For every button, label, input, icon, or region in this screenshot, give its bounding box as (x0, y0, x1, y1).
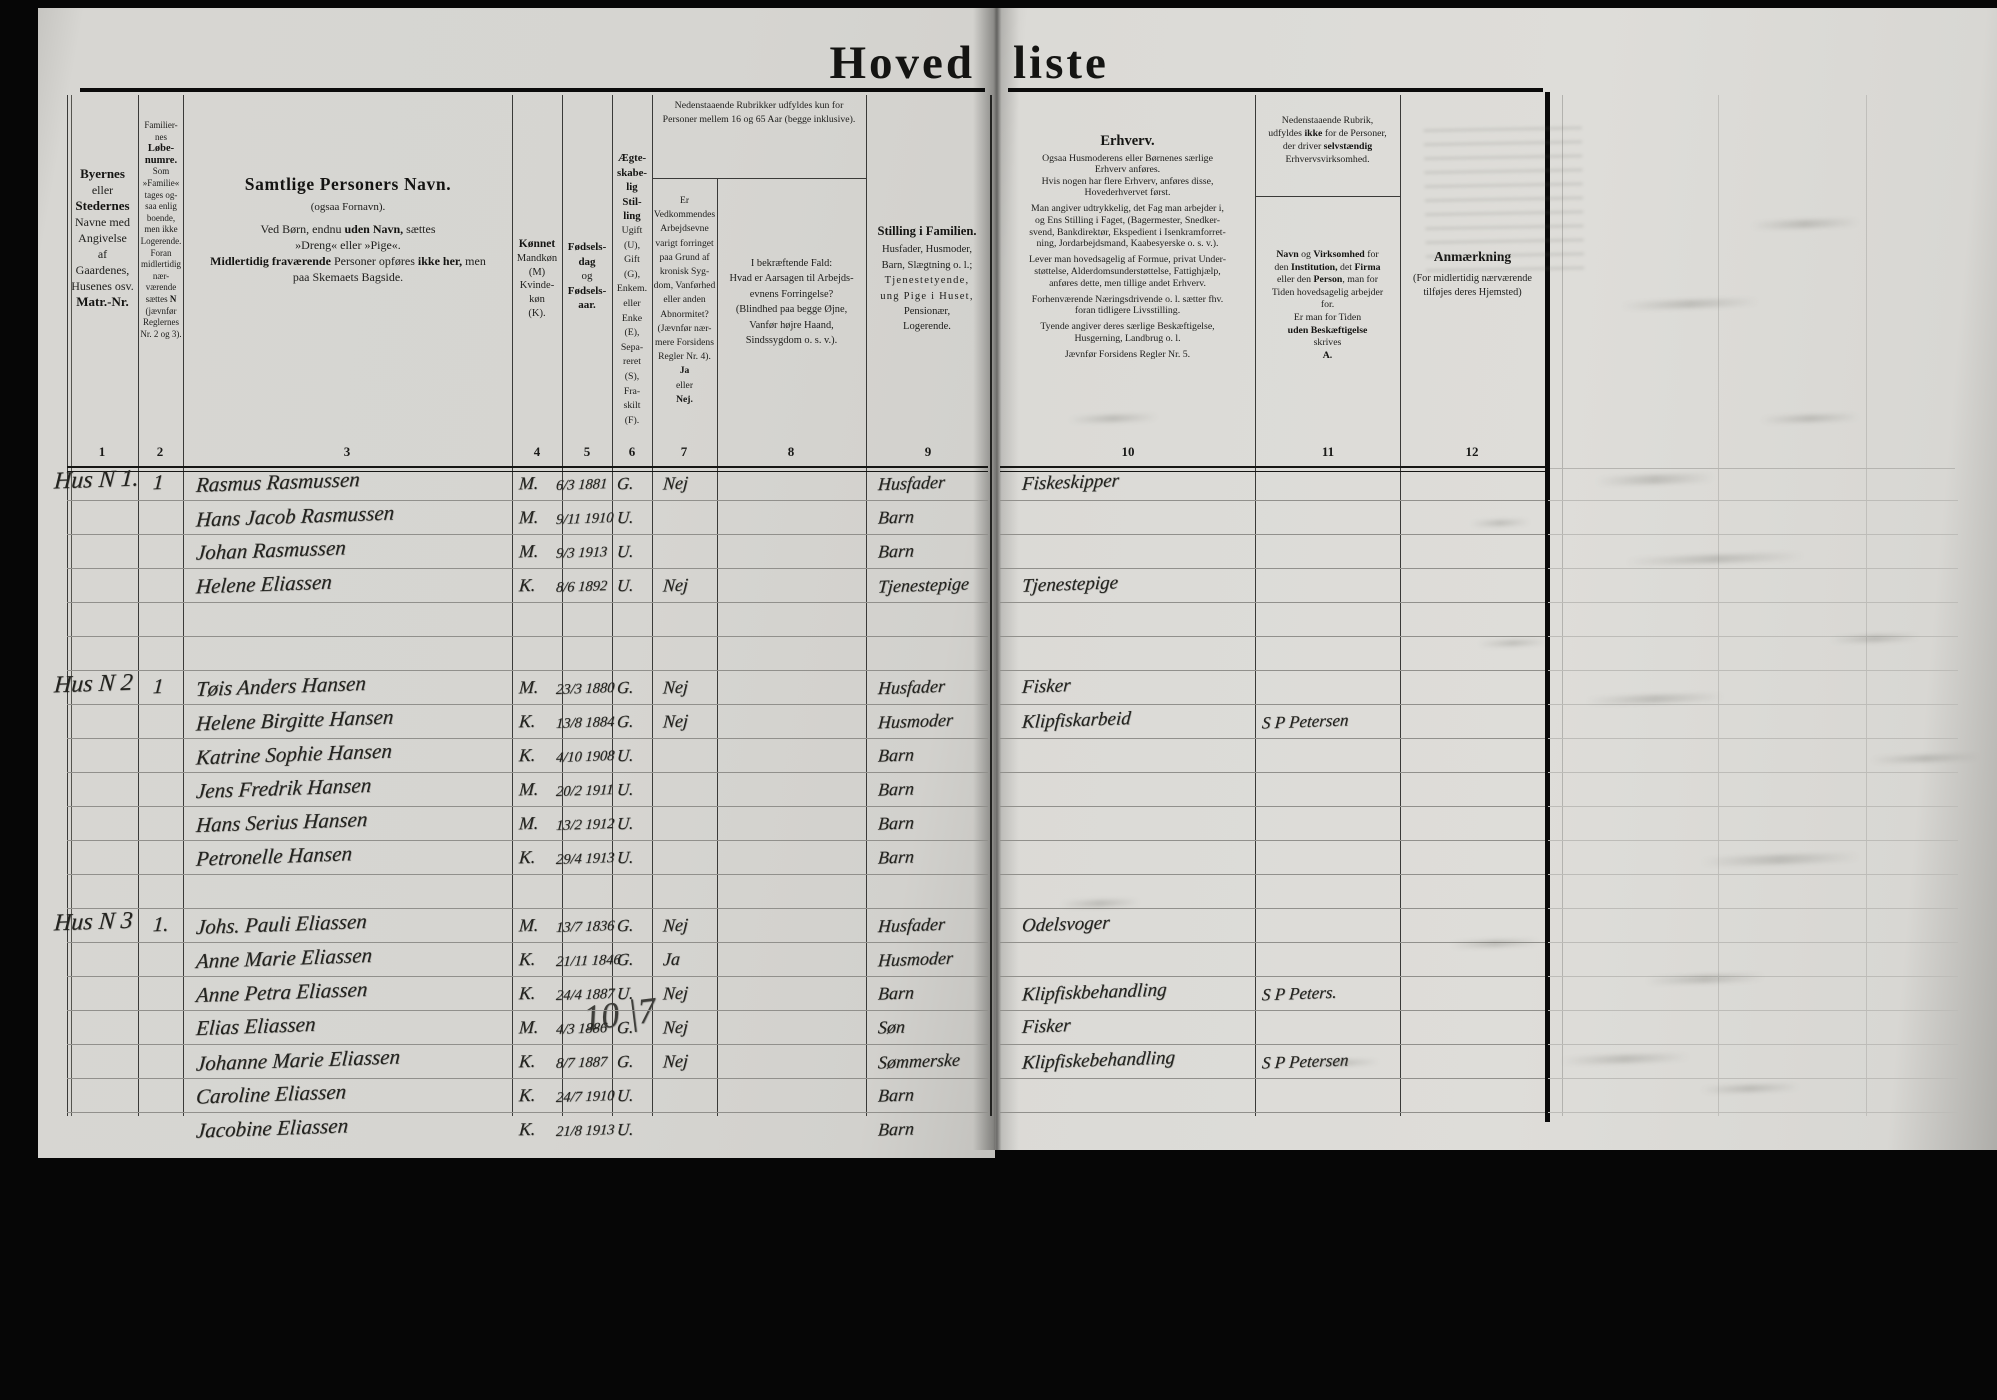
header-col7-work-ability: ErVedkommendesArbejdsevnevarigt forringe… (652, 194, 717, 407)
header-line: tilføjes deres Hjemsted) (1402, 286, 1543, 300)
header-line: Byernes (67, 166, 138, 182)
header-line: Ugift (612, 224, 652, 239)
table-rule (1548, 1078, 1958, 1079)
table-rule (67, 636, 988, 637)
column-number: 2 (157, 444, 164, 460)
header-line: Abnormitet? (652, 308, 717, 322)
table-rule (67, 840, 988, 841)
handwritten-birth: 13/8 1884 (555, 713, 615, 732)
handwritten-family-role: Tjenestepige (877, 573, 969, 597)
table-rule (67, 874, 988, 875)
header-col9-family-position: Stilling i Familien.Husfader, Husmoder,B… (866, 224, 988, 335)
handwritten-birth: 21/8 1913 (555, 1121, 615, 1140)
handwritten-fit: Nej (662, 473, 688, 495)
header-line: Erhverv. (1002, 136, 1253, 148)
handwritten-family-role: Barn (877, 982, 914, 1004)
table-rule (1548, 636, 1958, 637)
header-line: Fra- (612, 385, 652, 400)
table-rule (1000, 806, 1545, 807)
header-line: Logerende. (866, 319, 988, 334)
header-col6-marital-status: Ægte-skabe-ligStil-lingUgift(U),Gift(G),… (612, 151, 652, 428)
handwritten-fit: Nej (662, 1051, 688, 1073)
table-rule (1562, 95, 1563, 1116)
header-line: eller (612, 297, 652, 312)
header-line: Regler Nr. 4). (652, 350, 717, 364)
header-line: Angivelse (67, 230, 138, 246)
header-line: Hovederhvervet først. (1002, 187, 1253, 199)
header-line: Løbe- (139, 143, 183, 155)
handwritten-employer: S P Peters. (1261, 983, 1337, 1006)
column-number: 10 (1122, 444, 1135, 460)
header-line: Ja (652, 364, 717, 378)
header-line: Erhverv anføres. (1002, 164, 1253, 176)
table-rule (1548, 874, 1958, 875)
handwritten-birth: 21/11 1846 (555, 951, 621, 970)
header-line: nær- (139, 271, 183, 283)
header-col12-remarks: Anmærkning(For midlertidig nærværendetil… (1402, 250, 1543, 300)
header-line: (M) (512, 266, 562, 280)
table-rule (67, 500, 988, 501)
handwritten-family-role: Husmoder (877, 948, 953, 972)
header-line: Er (652, 194, 717, 208)
handwritten-marital: U. (616, 576, 634, 597)
handwritten-birth: 6/3 1881 (555, 476, 607, 495)
table-rule (67, 704, 988, 705)
header-line: (ogsaa Fornavn). (185, 199, 511, 215)
header-line: »Familie« (139, 178, 183, 190)
table-rule (1000, 1044, 1545, 1045)
header-line: foran tidligere Livsstilling. (1002, 305, 1253, 317)
header-line: saa enlig (139, 201, 183, 213)
table-rule (1548, 500, 1958, 501)
header-line: Forhenværende Næringsdrivende o. l. sætt… (1002, 294, 1253, 306)
table-rule (1548, 942, 1958, 943)
table-rule (1548, 602, 1958, 603)
header-col3-person-names: Samtlige Personers Navn.(ogsaa Fornavn).… (185, 176, 511, 285)
header-line: (K). (512, 307, 562, 321)
header-line: og Ens Stilling i Faget, (Bagermester, S… (1002, 215, 1253, 227)
table-rule (67, 534, 988, 535)
header-line: Stilling i Familien. (866, 224, 988, 239)
header-line: Personer mellem 16 og 65 Aar (begge inkl… (652, 113, 866, 127)
handwritten-marital: U. (616, 746, 634, 767)
header-line: Stedernes (67, 198, 138, 214)
header-line: anføres dette, men tillige andet Erhverv… (1002, 278, 1253, 290)
header-line: Stil- (612, 195, 652, 210)
handwritten-name: Elias Eliassen (195, 1012, 316, 1041)
header-line: Nej. (652, 393, 717, 407)
header-line: Nedenstaaende Rubrikker udfyldes kun for (652, 99, 866, 113)
table-rule (67, 976, 988, 977)
table-rule (67, 670, 988, 671)
table-rule (67, 1078, 988, 1079)
table-rule (1548, 704, 1958, 705)
header-line: Som (139, 166, 183, 178)
header-line: Midlertidig fraværende Personer opføres … (185, 253, 511, 269)
table-rule (1000, 976, 1545, 977)
handwritten-occupation: Tjenestepige (1021, 572, 1119, 597)
header-line: svend, Bankdirektør, Ekspedient i Isenkr… (1002, 227, 1253, 239)
handwritten-birth: 20/2 1911 (555, 781, 613, 800)
table-rule (1548, 534, 1958, 535)
table-rule (67, 466, 988, 468)
table-rule (1548, 908, 1958, 909)
header-line: ling (612, 209, 652, 224)
table-rule (1548, 1112, 1958, 1113)
handwritten-sex: K. (518, 983, 536, 1005)
handwritten-family-role: Barn (877, 812, 914, 834)
column-number: 1 (99, 444, 106, 460)
handwritten-sex: M. (518, 779, 539, 801)
table-rule (1000, 534, 1545, 535)
header-line: Tiden hovedsagelig arbejder (1257, 287, 1398, 300)
handwritten-birth: 13/7 1836 (555, 917, 615, 936)
handwritten-birth: 23/3 1880 (555, 679, 615, 698)
handwritten-name: Helene Eliassen (195, 570, 333, 600)
handwritten-sex: K. (518, 1051, 536, 1073)
header-line: Reglernes (139, 317, 183, 329)
table-rule (67, 1010, 988, 1011)
table-rule (512, 95, 513, 1116)
handwritten-sex: K. (518, 847, 536, 869)
table-rule (1548, 738, 1958, 739)
handwritten-birth: 8/7 1887 (555, 1054, 607, 1073)
handwritten-house: Hus N 1. (53, 465, 140, 495)
header-line: skabe- (612, 166, 652, 181)
handwritten-marital: U. (616, 508, 634, 529)
table-rule (80, 88, 985, 92)
header-line: eller den Person, man for (1257, 274, 1398, 287)
header-line: Enke (612, 312, 652, 327)
table-rule (1548, 976, 1958, 977)
handwritten-house: Hus N 3 (53, 908, 134, 938)
header-line: Vanfør højre Haand, (717, 318, 866, 333)
header-line: Fødsels- (562, 284, 612, 299)
header-line: udfyldes ikke for de Personer, (1257, 127, 1398, 140)
handwritten-fit: Nej (662, 1017, 688, 1039)
handwritten-fit: Nej (662, 575, 688, 597)
column-number: 11 (1322, 444, 1334, 460)
header-col11-employer: Navn og Virksomhed forden Institution, d… (1257, 249, 1398, 362)
table-rule (138, 95, 139, 1116)
handwritten-occupation: Fisker (1021, 1015, 1071, 1039)
header-line: Hvad er Aarsagen til Arbejds- (717, 271, 866, 286)
header-col4-sex: KønnetMandkøn(M)Kvinde-køn(K). (512, 238, 562, 321)
handwritten-family-role: Barn (877, 778, 914, 800)
handwritten-fam: 1 (152, 470, 164, 495)
header-line: Man angiver udtrykkelig, det Fag man arb… (1002, 203, 1253, 215)
handwritten-name: Jacobine Eliassen (195, 1113, 349, 1143)
header-line: Mandkøn (512, 252, 562, 266)
column-number: 3 (344, 444, 351, 460)
handwritten-occupation: Klipfiskarbeid (1021, 708, 1131, 734)
header-col2-family-number: Familier-nesLøbe-numre.Som»Familie«tages… (139, 120, 183, 340)
page-title-left: Hoved (560, 36, 975, 90)
table-rule (1000, 1112, 1545, 1113)
handwritten-family-role: Barn (877, 744, 914, 766)
header-line: eller anden (652, 293, 717, 307)
handwritten-marital: U. (616, 1120, 634, 1141)
header-line: Nedenstaaende Rubrik, (1257, 114, 1398, 127)
table-rule (1548, 1044, 1958, 1045)
table-rule (67, 1044, 988, 1045)
handwritten-sex: K. (518, 1085, 536, 1107)
handwritten-marital: U. (616, 814, 634, 835)
handwritten-family-role: Barn (877, 846, 914, 868)
handwritten-fit: Nej (662, 711, 688, 733)
table-rule (1000, 772, 1545, 773)
table-rule (1000, 602, 1545, 603)
table-rule (1000, 942, 1545, 943)
handwritten-family-role: Husmoder (877, 710, 953, 734)
handwritten-occupation: Fisker (1021, 675, 1071, 699)
table-rule (1866, 95, 1867, 1116)
handwritten-fit: Nej (662, 677, 688, 699)
table-rule (1545, 92, 1550, 1122)
header-line: (For midlertidig nærværende (1402, 272, 1543, 286)
table-rule (1718, 95, 1719, 1116)
handwritten-sex: K. (518, 1119, 536, 1141)
handwritten-family-role: Husfader (877, 676, 945, 699)
handwritten-family-role: Barn (877, 540, 914, 562)
table-rule (1000, 874, 1545, 875)
table-rule (1000, 466, 1545, 468)
header-line: paa Grund af (652, 251, 717, 265)
column-number: 12 (1466, 444, 1479, 460)
table-rule (1000, 670, 1545, 671)
handwritten-marital: G. (616, 916, 634, 937)
header-line: (jævnfør (139, 306, 183, 318)
table-rule (1548, 772, 1958, 773)
header-line: Familier- (139, 120, 183, 132)
handwritten-house: Hus N 2 (53, 670, 134, 700)
table-rule (71, 95, 72, 1116)
table-rule (1000, 738, 1545, 739)
header-line: Ved Børn, endnu uden Navn, sættes (185, 221, 511, 237)
table-rule (866, 95, 867, 1116)
handwritten-family-role: Husfader (877, 914, 945, 937)
header-line: midlertidig (139, 259, 183, 271)
header-line: Navne med (67, 214, 138, 230)
header-line: boende, (139, 213, 183, 225)
table-rule (990, 95, 992, 1116)
header-line: ning, Jordarbejdsmand, Kaabesyerske o. s… (1002, 238, 1253, 250)
header-line: Fødsels- (562, 240, 612, 255)
handwritten-family-role: Barn (877, 506, 914, 528)
handwritten-marital: G. (616, 1018, 634, 1039)
column-number: 6 (629, 444, 636, 460)
header-line: Ægte- (612, 151, 652, 166)
header-line: Tyende angiver deres særlige Beskæftigel… (1002, 321, 1253, 333)
header-line: Gift (612, 253, 652, 268)
header-line: Navn og Virksomhed for (1257, 249, 1398, 262)
handwritten-marital: U. (616, 542, 634, 563)
header-line: Foran (139, 248, 183, 260)
handwritten-birth: 29/4 1913 (555, 849, 615, 868)
handwritten-sex: M. (518, 473, 539, 495)
header-col8-cause: I bekræftende Fald:Hvad er Aarsagen til … (717, 256, 866, 348)
handwritten-fit: Ja (662, 949, 680, 971)
handwritten-family-role: Søn (877, 1016, 905, 1038)
handwritten-sex: K. (518, 745, 536, 767)
header-line: skilt (612, 399, 652, 414)
header-line: Ogsaa Husmoderens eller Børnenes særlige (1002, 153, 1253, 165)
handwritten-fam: 1 (152, 674, 164, 699)
header-line: I bekræftende Fald: (717, 256, 866, 271)
handwritten-birth: 24/7 1910 (555, 1087, 615, 1106)
header-line: (E), (612, 326, 652, 341)
header-line: Sindssygdom o. s. v.). (717, 333, 866, 348)
handwritten-birth: 13/2 1912 (555, 815, 615, 834)
handwritten-fit: Nej (662, 915, 688, 937)
header-line: værende (139, 282, 183, 294)
header-line: eller (652, 379, 717, 393)
handwritten-birth: 4/10 1908 (555, 747, 615, 766)
table-rule (1000, 568, 1545, 569)
header-note-cols-7-8: Nedenstaaende Rubrikker udfyldes kun for… (652, 99, 866, 127)
header-col11-note: Nedenstaaende Rubrik,udfyldes ikke for d… (1257, 114, 1398, 166)
table-rule (1000, 500, 1545, 501)
scanned-census-spread: Hoved liste ByernesellerStedernesNavne m… (0, 0, 1997, 1400)
header-line: Enkem. (612, 282, 652, 297)
column-number: 9 (925, 444, 932, 460)
header-line: Sepa- (612, 341, 652, 356)
header-line: dom, Vanførhed (652, 279, 717, 293)
table-rule (67, 1112, 988, 1113)
header-line: Husgerning, Landbrug o. l. (1002, 333, 1253, 345)
handwritten-sex: K. (518, 575, 536, 597)
header-line: Barn, Slægtning o. l.; (866, 258, 988, 273)
header-line: Kvinde- (512, 279, 562, 293)
header-line: kronisk Syg- (652, 265, 717, 279)
header-line: Logerende. (139, 236, 183, 248)
header-line: »Dreng« eller »Pige«. (185, 237, 511, 253)
header-line: Pensionær, (866, 304, 988, 319)
table-rule (1548, 1010, 1958, 1011)
handwritten-employer: S P Petersen (1261, 1050, 1349, 1073)
table-rule (67, 95, 68, 1116)
handwritten-family-role: Barn (877, 1084, 914, 1106)
header-line: eller (67, 182, 138, 198)
header-line: den Institution, det Firma (1257, 262, 1398, 275)
header-col10-occupation: Erhverv.Ogsaa Husmoderens eller Børnenes… (1002, 136, 1253, 361)
table-rule (1000, 704, 1545, 705)
handwritten-birth: 9/11 1910 (555, 509, 613, 528)
handwritten-marital: G. (616, 474, 634, 495)
table-rule (1008, 88, 1543, 92)
table-rule (1400, 95, 1401, 1116)
header-line: evnens Forringelse? (717, 287, 866, 302)
table-rule (1000, 636, 1545, 637)
header-line: (S), (612, 370, 652, 385)
table-rule (1548, 806, 1958, 807)
header-line: Hvis nogen har flere Erhverv, anføres di… (1002, 176, 1253, 188)
column-number: 4 (534, 444, 541, 460)
handwritten-sex: M. (518, 1017, 539, 1039)
handwritten-occupation: Odelsvoger (1021, 912, 1110, 937)
header-line: køn (512, 293, 562, 307)
header-line: Vedkommendes (652, 208, 717, 222)
table-rule (1548, 670, 1958, 671)
table-rule (67, 908, 988, 909)
handwritten-fit: Nej (662, 983, 688, 1005)
handwritten-marital: G. (616, 950, 634, 971)
header-line: Tjenestetyende, (866, 273, 988, 288)
handwritten-sex: M. (518, 541, 539, 563)
table-rule (1000, 908, 1545, 909)
handwritten-marital: G. (616, 712, 634, 733)
header-line: (F). (612, 414, 652, 429)
table-rule (1548, 568, 1958, 569)
header-line: lig (612, 180, 652, 195)
handwritten-occupation: Fiskeskipper (1021, 470, 1120, 495)
header-line: paa Skemaets Bagside. (185, 269, 511, 285)
header-line: Kønnet (512, 238, 562, 252)
header-line: for. (1257, 299, 1398, 312)
table-rule (67, 942, 988, 943)
header-line: A. (1257, 350, 1398, 363)
handwritten-family-role: Sømmerske (877, 1050, 960, 1074)
handwritten-name: Caroline Eliassen (195, 1079, 347, 1109)
table-rule (652, 95, 653, 1116)
handwritten-sex: K. (518, 949, 536, 971)
handwritten-employer: S P Petersen (1261, 710, 1349, 733)
handwritten-sex: M. (518, 813, 539, 835)
header-line: (Jævnfør nær- (652, 322, 717, 336)
header-line: dag (562, 255, 612, 270)
header-line: skrives (1257, 337, 1398, 350)
header-line: Anmærkning (1402, 250, 1543, 264)
handwritten-marital: U. (616, 984, 634, 1005)
header-line: Lever man hovedsagelig af Formue, privat… (1002, 254, 1253, 266)
header-line: uden Beskæftigelse (1257, 325, 1398, 338)
handwritten-name: Johan Rasmussen (195, 535, 347, 565)
header-line: men ikke (139, 224, 183, 236)
header-line: nes (139, 132, 183, 144)
handwritten-sex: M. (518, 507, 539, 529)
header-col1-place-names: ByernesellerStedernesNavne medAngivelsea… (67, 166, 138, 310)
column-number: 5 (584, 444, 591, 460)
handwritten-marital: G. (616, 1052, 634, 1073)
table-rule (1255, 196, 1400, 197)
header-line: Erhvervsvirksomhed. (1257, 153, 1398, 166)
handwritten-marital: U. (616, 848, 634, 869)
header-line: Gaardenes, (67, 262, 138, 278)
table-rule (67, 602, 988, 603)
table-rule (652, 178, 866, 179)
header-line: (U), (612, 239, 652, 254)
table-rule (1000, 1010, 1545, 1011)
table-rule (183, 95, 184, 1116)
header-line: Husfader, Husmoder, (866, 242, 988, 257)
handwritten-sex: M. (518, 677, 539, 699)
header-line: sættes N (139, 294, 183, 306)
handwritten-family-role: Husfader (877, 472, 945, 495)
header-line: varigt forringet (652, 237, 717, 251)
column-number: 8 (788, 444, 795, 460)
table-rule (67, 568, 988, 569)
header-line: Matr.-Nr. (67, 294, 138, 310)
table-rule (67, 738, 988, 739)
handwritten-sex: K. (518, 711, 536, 733)
header-line: støttelse, Alderdomsunderstøttelse, Fatt… (1002, 266, 1253, 278)
header-line: (G), (612, 268, 652, 283)
table-rule (1548, 840, 1958, 841)
header-line: numre. (139, 155, 183, 167)
header-line: Husenes osv. (67, 278, 138, 294)
header-line: og (562, 269, 612, 284)
header-line: aar. (562, 298, 612, 313)
